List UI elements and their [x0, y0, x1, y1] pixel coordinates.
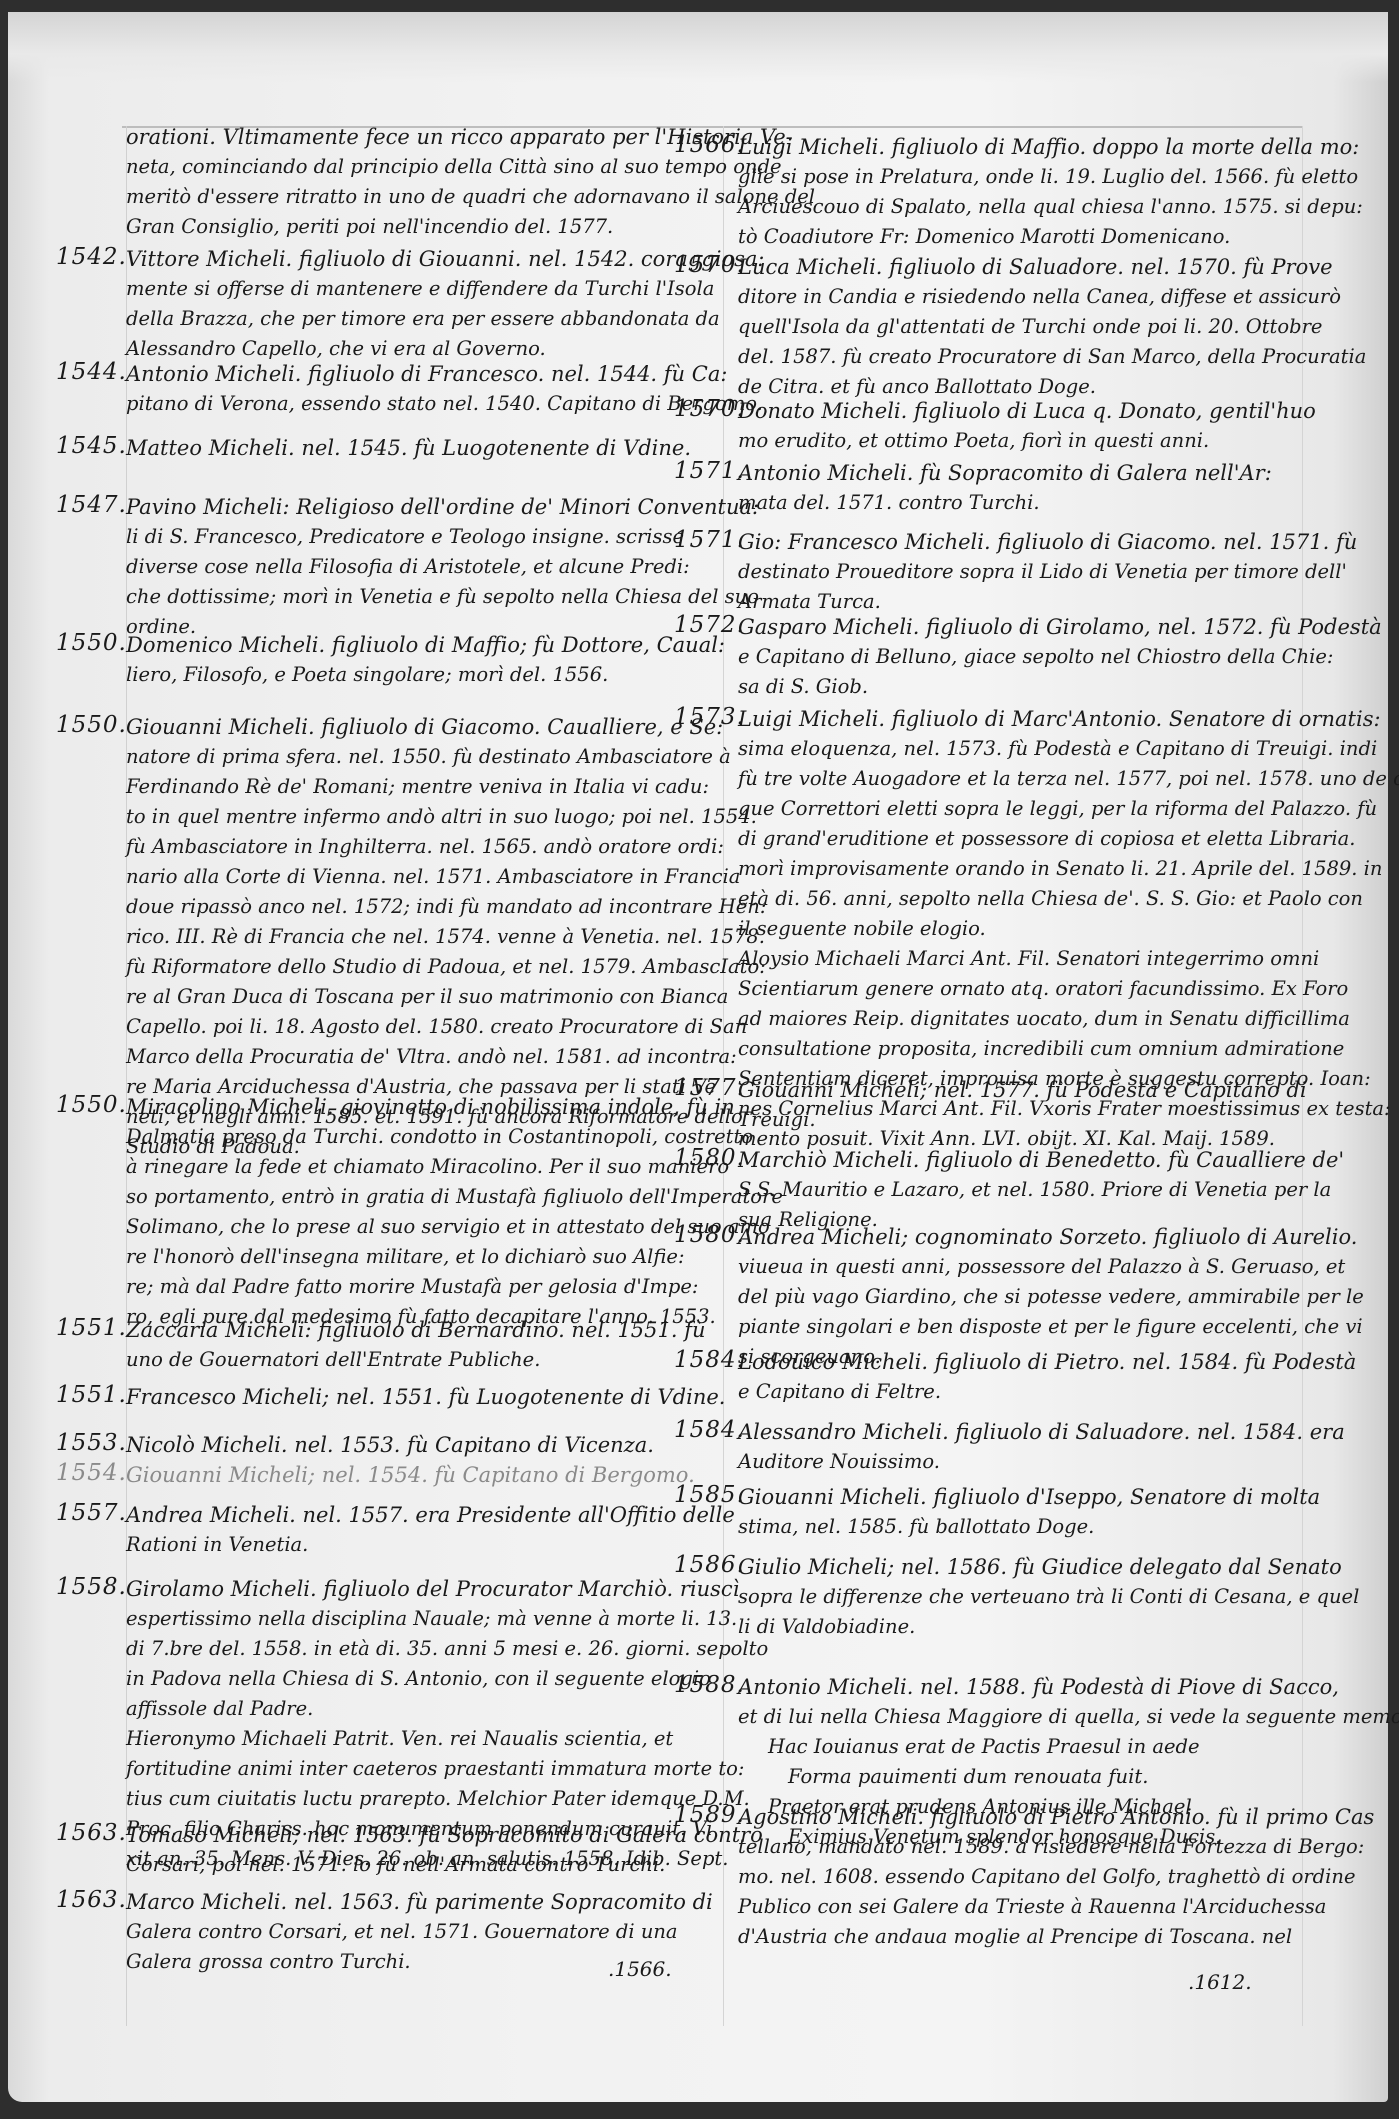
entry-text-line: Arciuescouo di Spalato, nella qual chies…: [738, 192, 1363, 222]
entry-heading-line: Luca Micheli. figliuolo di Saluadore. ne…: [738, 252, 1366, 282]
entry-heading-line: Giouanni Micheli. figliuolo di Giacomo. …: [126, 712, 766, 742]
entry-text-line: liero, Filosofo, e Poeta singolare; morì…: [126, 660, 725, 690]
entry-heading-line: Girolamo Micheli. figliuolo del Procurat…: [126, 1574, 768, 1604]
entry-heading-line: Francesco Micheli; nel. 1551. fù Luogote…: [126, 1382, 725, 1412]
entry-text-line: sopra le differenze che verteuano trà li…: [738, 1582, 1359, 1612]
entry-text-line: fortitudine animi inter caeteros praesta…: [126, 1754, 768, 1784]
entry-text-line: re; mà dal Padre fatto morire Mustafà pe…: [126, 1272, 783, 1302]
entry-text-line: stima, nel. 1585. fù ballottato Doge.: [738, 1512, 1320, 1542]
entry-heading-line: Domenico Micheli. figliuolo di Maffio; f…: [126, 630, 725, 660]
entry-year: 1570.: [674, 396, 745, 422]
entry-text-line: che dottissime; morì in Venetia e fù sep…: [126, 582, 759, 612]
entry-text-line: di 7.bre del. 1558. in età di. 35. anni …: [126, 1634, 768, 1664]
entry-year: 1586.: [674, 1552, 745, 1578]
entry-text-line: tius cum ciuitatis luctu prarepto. Melch…: [126, 1784, 768, 1814]
entry-heading-line: Luigi Micheli. figliuolo di Maffio. dopp…: [738, 132, 1363, 162]
entry-text-line: mo. nel. 1608. essendo Capitano del Golf…: [738, 1862, 1374, 1892]
entry-year: 1551.: [56, 1315, 127, 1341]
entry-text-line: Capello. poi li. 18. Agosto del. 1580. c…: [126, 1012, 766, 1042]
entry-heading-line: Nicolò Micheli. nel. 1553. fù Capitano d…: [126, 1430, 654, 1460]
entry-year: 1570.: [674, 252, 745, 278]
entry-heading-line: Tomaso Micheli; nel. 1563. fù Sopracomit…: [126, 1820, 763, 1850]
entry-text-line: que Correttori eletti sopra le leggi, pe…: [738, 794, 1399, 824]
entry-text-line: Forma pauimenti dum renouata fuit.: [738, 1762, 1399, 1792]
entry-year: 1588.: [674, 1672, 745, 1698]
entry-heading-line: Alessandro Micheli. figliuolo di Saluado…: [738, 1417, 1345, 1447]
entry-text-line: quell'Isola da gl'attentati de Turchi on…: [738, 312, 1366, 342]
entry-heading-line: Pavino Micheli: Religioso dell'ordine de…: [126, 492, 759, 522]
entry-year: 1544.: [56, 359, 127, 385]
catchword-right: .1612.: [1188, 1970, 1252, 1994]
entry-year: 1563.: [56, 1887, 127, 1913]
entry-year: 1558.: [56, 1574, 127, 1600]
entry-text-line: Rationi in Venetia.: [126, 1530, 735, 1560]
entry-text-line: glie si pose in Prelatura, onde li. 19. …: [738, 162, 1363, 192]
entry-year: 1550.: [56, 1092, 127, 1118]
entry-text-line: ad maiores Reip. dignitates uocato, dum …: [738, 1004, 1399, 1034]
entry-text-line: li di Valdobiadine.: [738, 1612, 1359, 1642]
entry-year: 1584.: [674, 1417, 745, 1443]
entry-year: 1577.: [674, 1075, 745, 1101]
entry-year: 1553.: [56, 1430, 127, 1456]
entry-text-line: rico. III. Rè di Francia che nel. 1574. …: [126, 922, 766, 952]
entry-text-line: to in quel mentre infermo andò altri in …: [126, 802, 766, 832]
manuscript-page: orationi. Vltimamente fece un ricco appa…: [8, 12, 1388, 2102]
entry-text-line: doue ripassò anco nel. 1572; indi fù man…: [126, 892, 766, 922]
entry-text-line: Corsari, poi nel. 1571. lo fù nell'Armat…: [126, 1850, 763, 1880]
entry-heading-line: Andrea Micheli. nel. 1557. era President…: [126, 1500, 735, 1530]
entry-year: 1573.: [674, 704, 745, 730]
entry-year: 1545.: [56, 433, 127, 459]
entry-text-line: piante singolari e ben disposte et per l…: [738, 1312, 1364, 1342]
entry-year: 1542.: [56, 244, 127, 270]
entry-text-line: natore di prima sfera. nel. 1550. fù des…: [126, 742, 766, 772]
entry-year: 1580.: [674, 1222, 745, 1248]
entry-heading-line: Zaccaria Micheli: figliuolo di Bernardin…: [126, 1315, 706, 1345]
entry-heading-line: Vittore Micheli. figliuolo di Giouanni. …: [126, 244, 765, 274]
entry-text-line: fù Ambasciatore in Inghilterra. nel. 156…: [126, 832, 766, 862]
entry-text-line: nario alla Corte di Vienna. nel. 1571. A…: [126, 862, 766, 892]
entry-heading-line: Marco Micheli. nel. 1563. fù parimente S…: [126, 1887, 713, 1917]
entry-year: 1571.: [674, 458, 745, 484]
entry-text-line: diverse cose nella Filosofia di Aristote…: [126, 552, 759, 582]
entry-text-line: e Capitano di Feltre.: [738, 1377, 1356, 1407]
entry-text-line: Galera contro Corsari, et nel. 1571. Gou…: [126, 1917, 713, 1947]
entry-text-line: fù Riformatore dello Studio di Padoua, e…: [126, 952, 766, 982]
entry-text-line: mente si offerse di mantenere e diffende…: [126, 274, 765, 304]
entry-text-line: S.S. Mauritio e Lazaro, et nel. 1580. Pr…: [738, 1175, 1344, 1205]
entry-text-line: Auditore Nouissimo.: [738, 1447, 1345, 1477]
entry-heading-line: Giouanni Micheli; nel. 1577. fù Podestà …: [738, 1075, 1307, 1105]
entry-text-line: viueua in questi anni, possessore del Pa…: [738, 1252, 1364, 1282]
entry-text-line: pitano di Verona, essendo stato nel. 154…: [126, 389, 763, 419]
entry-year: 1551.: [56, 1382, 127, 1408]
entry-text-line: del più vago Giardino, che si potesse ve…: [738, 1282, 1364, 1312]
entry-year: 1589.: [674, 1802, 745, 1828]
entry-text-line: mata del. 1571. contro Turchi.: [738, 488, 1272, 518]
entry-text-line: Scientiarum genere ornato atq. oratori f…: [738, 974, 1399, 1004]
entry-text-line: Aloysio Michaeli Marci Ant. Fil. Senator…: [738, 944, 1399, 974]
entry-year: 1550.: [56, 630, 127, 656]
entry-text-line: morì improvisamente orando in Senato li.…: [738, 854, 1399, 884]
entry-heading-line: Antonio Micheli. figliuolo di Francesco.…: [126, 359, 763, 389]
entry-text-line: so portamento, entrò in gratia di Mustaf…: [126, 1182, 783, 1212]
entry-heading-line: Lodouico Micheli. figliuolo di Pietro. n…: [738, 1347, 1356, 1377]
entry-text-line: d'Austria che andaua moglie al Prencipe …: [738, 1922, 1374, 1952]
entry-text-line: espertissimo nella disciplina Nauale; mà…: [126, 1604, 768, 1634]
entry-text-line: tò Coadiutore Fr: Domenico Marotti Domen…: [738, 222, 1363, 252]
entry-text-line: li di S. Francesco, Predicatore e Teolog…: [126, 522, 759, 552]
entry-text-line: Hac Iouianus erat de Pactis Praesul in a…: [738, 1732, 1399, 1762]
entry-heading-line: Antonio Micheli. nel. 1588. fù Podestà d…: [738, 1672, 1399, 1702]
entry-heading-line: Antonio Micheli. fù Sopracomito di Galer…: [738, 458, 1272, 488]
entry-text-line: meritò d'essere ritratto in uno de quadr…: [126, 182, 815, 212]
entry-heading-line: Marchiò Micheli. figliuolo di Benedetto.…: [738, 1145, 1344, 1175]
entry-text-line: Treuigi.: [738, 1105, 1307, 1135]
entry-text-line: sa di S. Giob.: [738, 672, 1382, 702]
entry-heading-line: Andrea Micheli; cognominato Sorzeto. fig…: [738, 1222, 1364, 1252]
entry-text-line: re al Gran Duca di Toscana per il suo ma…: [126, 982, 766, 1012]
entry-year: 1580.: [674, 1145, 745, 1171]
entry-heading-line: Agostino Micheli. figliuolo di Pietro An…: [738, 1802, 1374, 1832]
entry-text-line: età di. 56. anni, sepolto nella Chiesa d…: [738, 884, 1399, 914]
entry-text-line: tellano, mandato nel. 1589. à risiedere …: [738, 1832, 1374, 1862]
entry-year: 1572.: [674, 612, 745, 638]
entry-text-line: del. 1587. fù creato Procuratore di San …: [738, 342, 1366, 372]
entry-year: 1585.: [674, 1482, 745, 1508]
entry-heading-line: Gio: Francesco Micheli. figliuolo di Gia…: [738, 527, 1357, 557]
entry-heading-line: Luigi Micheli. figliuolo di Marc'Antonio…: [738, 704, 1399, 734]
entry-text-line: Gran Consiglio, periti poi nell'incendio…: [126, 212, 815, 242]
entry-text-line: affissole dal Padre.: [126, 1694, 768, 1724]
entry-text-line: fù tre volte Auogadore et la terza nel. …: [738, 764, 1399, 794]
entry-text-line: uno de Gouernatori dell'Entrate Publiche…: [126, 1345, 706, 1375]
entry-text-line: e Capitano di Belluno, giace sepolto nel…: [738, 642, 1382, 672]
entry-text-line: consultatione proposita, incredibili cum…: [738, 1034, 1399, 1064]
entry-year: 1563.: [56, 1820, 127, 1846]
entry-text-line: ditore in Candia e risiedendo nella Cane…: [738, 282, 1366, 312]
entry-text-line: Marco della Procuratia de' Vltra. andò n…: [126, 1042, 766, 1072]
entry-text-line: sima eloquenza, nel. 1573. fù Podestà e …: [738, 734, 1399, 764]
entry-text-line: della Brazza, che per timore era per ess…: [126, 304, 765, 334]
catchword-left: .1566.: [608, 1957, 672, 1981]
entry-text-line: Ferdinando Rè de' Romani; mentre veniva …: [126, 772, 766, 802]
entry-heading-line: Giouanni Micheli. figliuolo d'Iseppo, Se…: [738, 1482, 1320, 1512]
entry-text-line: mo erudito, et ottimo Poeta, fiorì in qu…: [738, 426, 1316, 456]
entry-text-line: destinato Proueditore sopra il Lido di V…: [738, 557, 1357, 587]
entry-year: 1557.: [56, 1500, 127, 1526]
entry-heading-line: Giouanni Micheli; nel. 1554. fù Capitano…: [126, 1460, 695, 1490]
entry-text-line: in Padova nella Chiesa di S. Antonio, co…: [126, 1664, 768, 1694]
entry-year: 1547.: [56, 492, 127, 518]
entry-year: 1550.: [56, 712, 127, 738]
entry-text-line: Publico con sei Galere da Trieste à Raue…: [738, 1892, 1374, 1922]
entry-text-line: Hieronymo Michaeli Patrit. Ven. rei Naua…: [126, 1724, 768, 1754]
entry-heading-line: Matteo Micheli. nel. 1545. fù Luogotenen…: [126, 433, 691, 463]
entry-text-line: et di lui nella Chiesa Maggiore di quell…: [738, 1702, 1399, 1732]
entry-heading-line: Giulio Micheli; nel. 1586. fù Giudice de…: [738, 1552, 1359, 1582]
entry-year: 1566.: [674, 132, 745, 158]
entry-heading-line: Donato Micheli. figliuolo di Luca q. Don…: [738, 396, 1316, 426]
entry-year: 1554.: [56, 1460, 127, 1486]
entry-year: 1571.: [674, 527, 745, 553]
entry-year: 1584.: [674, 1347, 745, 1373]
entry-text-line: di grand'eruditione et possessore di cop…: [738, 824, 1399, 854]
entry-heading-line: Gasparo Micheli. figliuolo di Girolamo, …: [738, 612, 1382, 642]
entry-text-line: il seguente nobile elogio.: [738, 914, 1399, 944]
